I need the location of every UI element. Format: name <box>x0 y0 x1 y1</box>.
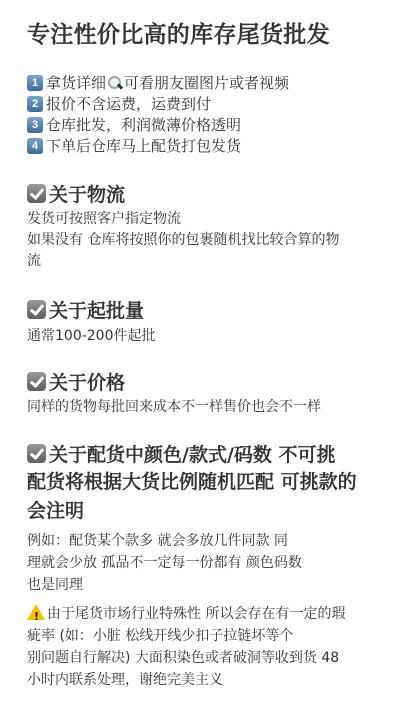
notice-line: 由于尾货市场行业特殊性 所以会存在有一定的瑕 <box>27 603 345 625</box>
notice-line: 小时内联系处理，谢绝完美主义 <box>27 669 345 691</box>
list-item: 2 报价不含运费，运费到付 <box>27 93 289 114</box>
notice-line: 别问题自行解决) 大面积染色或者破洞等收到货 48 <box>27 647 345 669</box>
section-heading: 关于物流 <box>27 180 339 206</box>
number-1-icon: 1 <box>27 75 43 91</box>
number-4-icon: 4 <box>27 138 43 154</box>
body-line: 发货可按照客户指定物流 <box>27 209 339 230</box>
number-2-icon: 2 <box>27 96 43 112</box>
document-page: 专注性价比高的库存尾货批发 1 拿货详细 可看朋友圈图片或者视频 2 报价不含运… <box>0 0 399 720</box>
section-body: 同样的货物每批回来成本不一样售价也会不一样 <box>27 397 321 418</box>
section-assortment: 关于配货中颜色/款式/码数 不可挑 配货将根据大货比例随机匹配 可挑款的 会注明… <box>27 440 357 596</box>
list-item-text: 仓库批发，利润微薄价格透明 <box>46 114 241 135</box>
heading-line: 会注明 <box>27 497 357 526</box>
section-body: 例如：配货某个款多 就会多放几件同款 同 理就会少放 孤品不一定每一份都有 颜色… <box>27 530 357 596</box>
body-line: 流 <box>27 251 339 272</box>
body-line: 也是同理 <box>27 574 357 596</box>
heading-text: 关于价格 <box>49 368 125 395</box>
heading-text: 关于起批量 <box>49 296 144 323</box>
section-price: 关于价格 同样的货物每批回来成本不一样售价也会不一样 <box>27 368 321 418</box>
checkbox-checked-icon <box>27 372 46 391</box>
warning-icon <box>27 604 45 620</box>
section-logistics: 关于物流 发货可按照客户指定物流 如果没有 仓库将按照你的包裹随机找比较合算的物… <box>27 180 339 272</box>
body-line: 通常100-200件起批 <box>27 326 156 347</box>
list-item-text: 报价不含运费，运费到付 <box>46 93 211 114</box>
list-item-text: 下单后仓库马上配货打包发货 <box>46 135 241 156</box>
checkbox-checked-icon <box>27 184 46 203</box>
section-body: 发货可按照客户指定物流 如果没有 仓库将按照你的包裹随机找比较合算的物 流 <box>27 209 339 272</box>
section-heading: 关于配货中颜色/款式/码数 不可挑 <box>27 440 357 466</box>
magnifier-icon <box>107 75 123 91</box>
list-item: 1 拿货详细 可看朋友圈图片或者视频 <box>27 72 289 93</box>
notice-text: 由于尾货市场行业特殊性 所以会存在有一定的瑕 <box>47 606 345 622</box>
list-item: 3 仓库批发，利润微薄价格透明 <box>27 114 289 135</box>
heading-text: 关于物流 <box>49 180 125 207</box>
body-line: 例如：配货某个款多 就会多放几件同款 同 <box>27 530 357 552</box>
heading-text: 关于配货中颜色/款式/码数 不可挑 <box>49 440 336 467</box>
body-line: 如果没有 仓库将按照你的包裹随机找比较合算的物 <box>27 230 339 251</box>
section-heading: 关于价格 <box>27 368 321 394</box>
list-item: 4 下单后仓库马上配货打包发货 <box>27 135 289 156</box>
body-line: 同样的货物每批回来成本不一样售价也会不一样 <box>27 397 321 418</box>
checkbox-checked-icon <box>27 444 46 463</box>
notice: 由于尾货市场行业特殊性 所以会存在有一定的瑕 疵率 (如：小脏 松线开线少扣子拉… <box>27 603 345 691</box>
section-moq: 关于起批量 通常100-200件起批 <box>27 296 156 347</box>
heading-line: 配货将根据大货比例随机匹配 可挑款的 <box>27 468 357 497</box>
body-line: 理就会少放 孤品不一定每一份都有 颜色码数 <box>27 552 357 574</box>
notice-line: 疵率 (如：小脏 松线开线少扣子拉链坏等个 <box>27 625 345 647</box>
page-title: 专注性价比高的库存尾货批发 <box>27 16 330 49</box>
section-subheading: 配货将根据大货比例随机匹配 可挑款的 会注明 <box>27 468 357 526</box>
list-item-text: 拿货详细 <box>46 72 106 93</box>
section-heading: 关于起批量 <box>27 296 156 322</box>
section-body: 通常100-200件起批 <box>27 326 156 347</box>
checkbox-checked-icon <box>27 300 46 319</box>
intro-list: 1 拿货详细 可看朋友圈图片或者视频 2 报价不含运费，运费到付 3 仓库批发，… <box>27 72 289 156</box>
number-3-icon: 3 <box>27 117 43 133</box>
list-item-text: 可看朋友圈图片或者视频 <box>124 72 289 93</box>
